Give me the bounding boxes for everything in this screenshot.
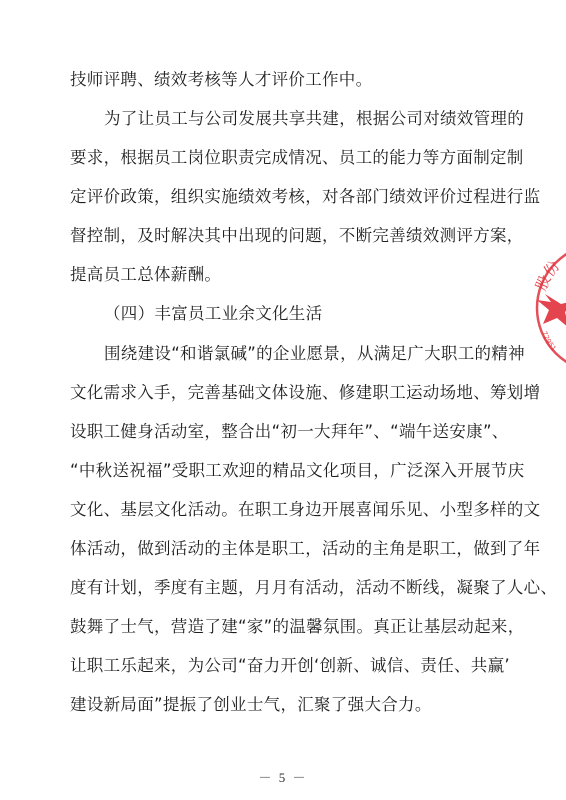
text-line-10: 设职工健身活动室，整合出“初一大拜年”、“端午送安康”、 xyxy=(70,422,500,442)
text-line-14: 度有计划，季度有主题，月月有活动，活动不断线，凝聚了人心、 xyxy=(70,578,500,598)
text-line-5: 督控制，及时解决其中出现的问题，不断完善绩效测评方案， xyxy=(70,226,500,246)
page-number: － 5 － xyxy=(0,767,566,786)
text-line-8: 围绕建设“和谐氯碱”的企业愿景，从满足广大职工的精神 xyxy=(104,344,534,364)
company-seal: 股份 72951 xyxy=(531,238,566,378)
star-icon xyxy=(537,294,566,328)
text-line-9: 文化需求入手，完善基础文体设施、修建职工运动场地、筹划增 xyxy=(70,383,500,403)
text-line-3: 要求，根据员工岗位职责完成情况、员工的能力等方面制定制 xyxy=(70,148,500,168)
text-line-11: “中秋送祝福”受职工欢迎的精品文化项目，广泛深入开展节庆 xyxy=(70,461,500,481)
seal-text: 股份 xyxy=(532,257,563,293)
text-line-4: 定评价政策，组织实施绩效考核，对各部门绩效评价过程进行监 xyxy=(70,187,500,207)
text-line-6: 提高员工总体薪酬。 xyxy=(70,265,500,285)
text-line-16: 让职工乐起来，为公司“奋力开创‘创新、诚信、责任、共赢’ xyxy=(70,656,500,676)
text-line-13: 体活动，做到活动的主体是职工，活动的主角是职工，做到了年 xyxy=(70,539,500,559)
seal-digits: 72951 xyxy=(540,330,558,353)
text-line-12: 文化、基层文化活动。在职工身边开展喜闻乐见、小型多样的文 xyxy=(70,500,500,520)
text-line-15: 鼓舞了士气，营造了建“家”的温馨氛围。真正让基层动起来， xyxy=(70,617,500,637)
text-line-2: 为了让员工与公司发展共享共建，根据公司对绩效管理的 xyxy=(104,109,534,129)
text-line-1: 技师评聘、绩效考核等人才评价工作中。 xyxy=(70,70,500,90)
document-page: 技师评聘、绩效考核等人才评价工作中。 为了让员工与公司发展共享共建，根据公司对绩… xyxy=(0,0,566,800)
section-heading: （四）丰富员工业余文化生活 xyxy=(104,304,534,324)
text-line-17: 建设新局面”提振了创业士气，汇聚了强大合力。 xyxy=(70,695,500,715)
